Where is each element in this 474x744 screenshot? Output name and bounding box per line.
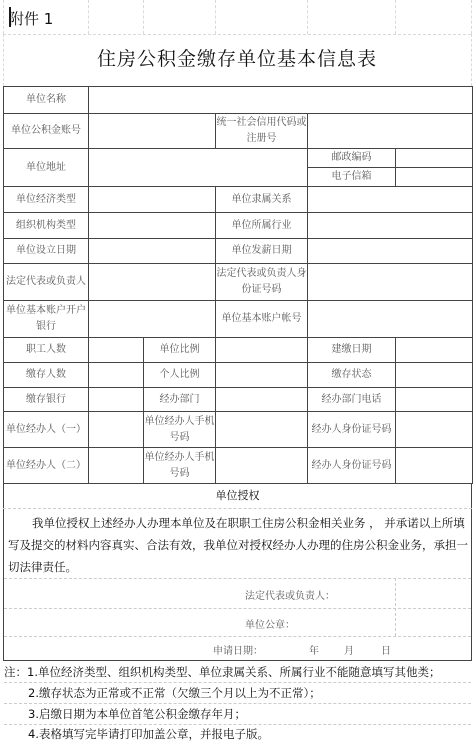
- gridline: [471, 0, 472, 34]
- depositors-cell[interactable]: [89, 363, 144, 388]
- label-industry: 单位所属行业: [216, 213, 308, 239]
- start-date-cell[interactable]: [396, 338, 473, 363]
- legal-rep-cell[interactable]: [89, 264, 216, 301]
- info-table: 单位名称 单位公积金账号 统一社会信用代码或注册号 单位地址 邮政编码 电子信箱…: [3, 86, 473, 484]
- unit-name-cell[interactable]: [89, 87, 473, 114]
- label-agent1: 单位经办人（一）: [4, 412, 89, 448]
- agent2-phone-cell[interactable]: [216, 448, 308, 484]
- year-label: 年: [309, 642, 319, 657]
- agent1-cell[interactable]: [89, 412, 144, 448]
- affiliation-cell[interactable]: [308, 187, 473, 213]
- gridline: [215, 0, 216, 34]
- label-founding-date: 单位设立日期: [4, 239, 89, 264]
- label-agent2: 单位经办人（二）: [4, 448, 89, 484]
- agent1-phone-cell[interactable]: [216, 412, 308, 448]
- founding-date-cell[interactable]: [89, 239, 216, 264]
- label-deposit-status: 缴存状态: [308, 363, 396, 388]
- personal-ratio-cell[interactable]: [216, 363, 308, 388]
- agent2-cell[interactable]: [89, 448, 144, 484]
- note-3: 3.启缴日期为本单位首笔公积金缴存年月；: [4, 704, 471, 725]
- attachment-label[interactable]: 附件 1: [9, 8, 53, 29]
- industry-cell[interactable]: [308, 213, 473, 239]
- label-basic-bank: 单位基本账户开户银行: [4, 301, 89, 338]
- gridline: [395, 0, 396, 34]
- authorization-heading: 单位授权: [3, 483, 472, 509]
- divider: [4, 578, 471, 579]
- credit-code-cell[interactable]: [308, 114, 473, 149]
- label-personal-ratio: 个人比例: [144, 363, 216, 388]
- postal-code-cell[interactable]: [396, 149, 473, 168]
- divider: [395, 578, 396, 636]
- label-basic-account: 单位基本账户帐号: [216, 301, 308, 338]
- label-legal-rep: 法定代表或负责人: [4, 264, 89, 301]
- form-title[interactable]: 住房公积金缴存单位基本信息表: [0, 44, 474, 71]
- note-4: 4.表格填写完毕请打印加盖公章，并报电子版。: [4, 724, 471, 744]
- email-cell[interactable]: [396, 168, 473, 187]
- label-agent1-phone: 单位经办人手机号码: [144, 412, 216, 448]
- label-payday: 单位发薪日期: [216, 239, 308, 264]
- basic-bank-cell[interactable]: [89, 301, 216, 338]
- legal-rep-id-cell[interactable]: [308, 264, 473, 301]
- divider: [4, 608, 471, 609]
- unit-seal-label: 单位公章：: [245, 616, 295, 631]
- agent1-id-cell[interactable]: [396, 412, 473, 448]
- label-legal-rep-id: 法定代表或负责人身份证号码: [216, 264, 308, 301]
- label-employees: 职工人数: [4, 338, 89, 363]
- label-depositors: 缴存人数: [4, 363, 89, 388]
- unit-ratio-cell[interactable]: [216, 338, 308, 363]
- day-label: 日: [381, 642, 391, 657]
- gridline: [3, 0, 4, 34]
- label-start-date: 建缴日期: [308, 338, 396, 363]
- label-economic-type: 单位经济类型: [4, 187, 89, 213]
- deposit-status-cell[interactable]: [396, 363, 473, 388]
- economic-type-cell[interactable]: [89, 187, 216, 213]
- fund-account-cell[interactable]: [89, 114, 216, 149]
- basic-account-cell[interactable]: [308, 301, 473, 338]
- label-unit-name: 单位名称: [4, 87, 89, 114]
- address-cell[interactable]: [89, 149, 308, 187]
- legal-rep-signature-label: 法定代表或负责人：: [245, 587, 335, 602]
- employees-cell[interactable]: [89, 338, 144, 363]
- gridline: [307, 0, 308, 34]
- label-handling-dept-phone: 经办部门电话: [308, 388, 396, 412]
- agent2-id-cell[interactable]: [396, 448, 473, 484]
- label-unit-ratio: 单位比例: [144, 338, 216, 363]
- org-type-cell[interactable]: [89, 213, 216, 239]
- deposit-bank-cell[interactable]: [89, 388, 144, 412]
- handling-dept-phone-cell[interactable]: [396, 388, 473, 412]
- label-credit-code: 统一社会信用代码或注册号: [216, 114, 308, 149]
- payday-cell[interactable]: [308, 239, 473, 264]
- label-fund-account: 单位公积金账号: [4, 114, 89, 149]
- divider: [4, 636, 471, 637]
- label-agent2-id: 经办人身份证号码: [308, 448, 396, 484]
- note-1: 注：1.单位经济类型、组织机构类型、单位隶属关系、所属行业不能随意填写其他类；: [4, 662, 471, 683]
- gridline: [143, 0, 144, 34]
- apply-date-label: 申请日期：: [213, 642, 263, 657]
- label-deposit-bank: 缴存银行: [4, 388, 89, 412]
- label-address: 单位地址: [4, 149, 89, 187]
- label-postal-code: 邮政编码: [308, 149, 396, 168]
- note-2: 2.缴存状态为正常或不正常（欠缴三个月以上为不正常）；: [4, 683, 471, 704]
- handling-dept-cell[interactable]: [216, 388, 308, 412]
- label-org-type: 组织机构类型: [4, 213, 89, 239]
- label-agent1-id: 经办人身份证号码: [308, 412, 396, 448]
- authorization-text[interactable]: 我单位授权上述经办人办理本单位及在职职工住房公积金相关业务 ， 并承诺以上所填写…: [8, 512, 470, 578]
- label-email: 电子信箱: [308, 168, 396, 187]
- label-agent2-phone: 单位经办人手机号码: [144, 448, 216, 484]
- gridline: [3, 34, 471, 35]
- label-handling-dept: 经办部门: [144, 388, 216, 412]
- label-affiliation: 单位隶属关系: [216, 187, 308, 213]
- gridline: [88, 0, 89, 34]
- month-label: 月: [344, 642, 354, 657]
